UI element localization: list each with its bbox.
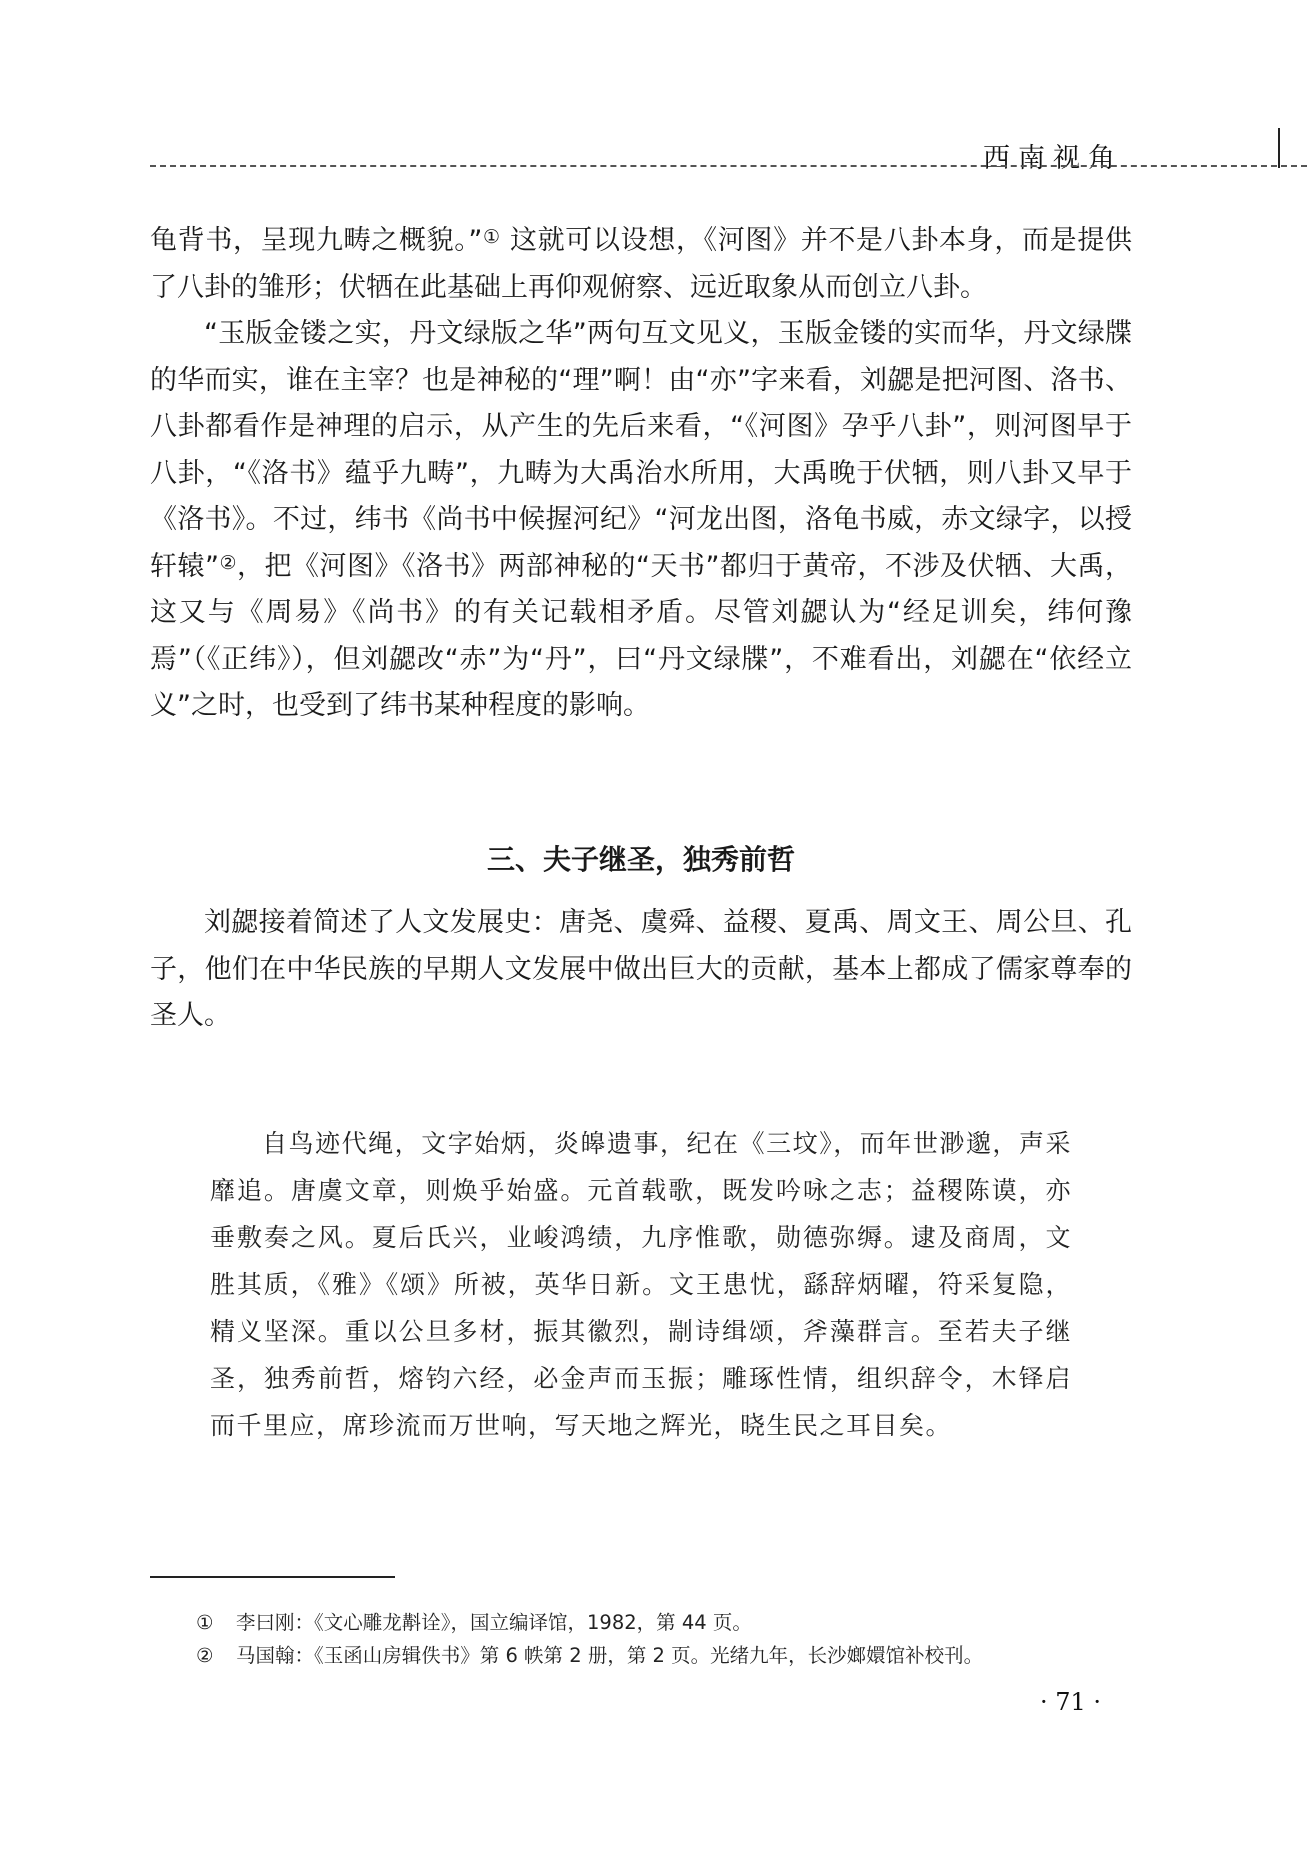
- body-text-top: 龟背书，呈现九畴之概貌。”① 这就可以设想，《河图》并不是八卦本身，而是提供了八…: [150, 218, 1132, 730]
- paragraph-2-text-cont: ，把《河图》《洛书》两部神秘的“天书”都归于黄帝，不涉及伏牺、大禹，这又与《周易…: [150, 551, 1132, 722]
- section-body: 刘勰接着简述了人文发展史：唐尧、虞舜、益稷、夏禹、周文王、周公旦、孔子，他们在中…: [150, 900, 1132, 1040]
- footnote-1-text: 李曰刚：《文心雕龙斠诠》，国立编译馆，1982，第 44 页。: [236, 1611, 752, 1634]
- paragraph-2-text: “玉版金镂之实，丹文绿版之华”两句互文见义，玉版金镂的实而华，丹文绿牒的华而实，…: [150, 318, 1132, 582]
- quotation-text: 自鸟迹代绳，文字始炳，炎皞遗事，纪在《三坟》，而年世渺邈，声采靡追。唐虞文章，则…: [210, 1120, 1072, 1449]
- footnote-2-text: 马国翰：《玉函山房辑佚书》第 6 帙第 2 册，第 2 页。光绪九年，长沙嫏嬛馆…: [236, 1644, 983, 1667]
- block-quotation: 自鸟迹代绳，文字始炳，炎皞遗事，纪在《三坟》，而年世渺邈，声采靡追。唐虞文章，则…: [210, 1120, 1072, 1449]
- footnote-1: ①李曰刚：《文心雕龙斠诠》，国立编译馆，1982，第 44 页。: [196, 1606, 1156, 1639]
- paragraph-1: 龟背书，呈现九畴之概貌。”① 这就可以设想，《河图》并不是八卦本身，而是提供了八…: [150, 218, 1132, 311]
- footnote-ref-1[interactable]: ①: [482, 226, 500, 248]
- section-heading: 三、夫子继圣，独秀前哲: [150, 838, 1132, 878]
- section-paragraph: 刘勰接着简述了人文发展史：唐尧、虞舜、益稷、夏禹、周文王、周公旦、孔子，他们在中…: [150, 900, 1132, 1040]
- footnote-2: ②马国翰：《玉函山房辑佚书》第 6 帙第 2 册，第 2 页。光绪九年，长沙嫏嬛…: [196, 1639, 1156, 1672]
- footnote-1-mark: ①: [196, 1606, 236, 1639]
- page-number: · 71 ·: [1040, 1688, 1101, 1716]
- header-vertical-bar: [1278, 128, 1280, 168]
- footnote-separator: [150, 1576, 395, 1578]
- running-header-title: 西南视角: [983, 136, 1123, 175]
- paragraph-1-text: 龟背书，呈现九畴之概貌。”: [150, 225, 482, 256]
- paragraph-2: “玉版金镂之实，丹文绿版之华”两句互文见义，玉版金镂的实而华，丹文绿牒的华而实，…: [150, 311, 1132, 730]
- footnote-ref-2[interactable]: ②: [219, 552, 237, 574]
- footnote-2-mark: ②: [196, 1639, 236, 1672]
- footnotes: ①李曰刚：《文心雕龙斠诠》，国立编译馆，1982，第 44 页。 ②马国翰：《玉…: [196, 1606, 1156, 1672]
- running-header: 西南视角: [150, 120, 1307, 168]
- header-dashed-rule: [150, 165, 1307, 167]
